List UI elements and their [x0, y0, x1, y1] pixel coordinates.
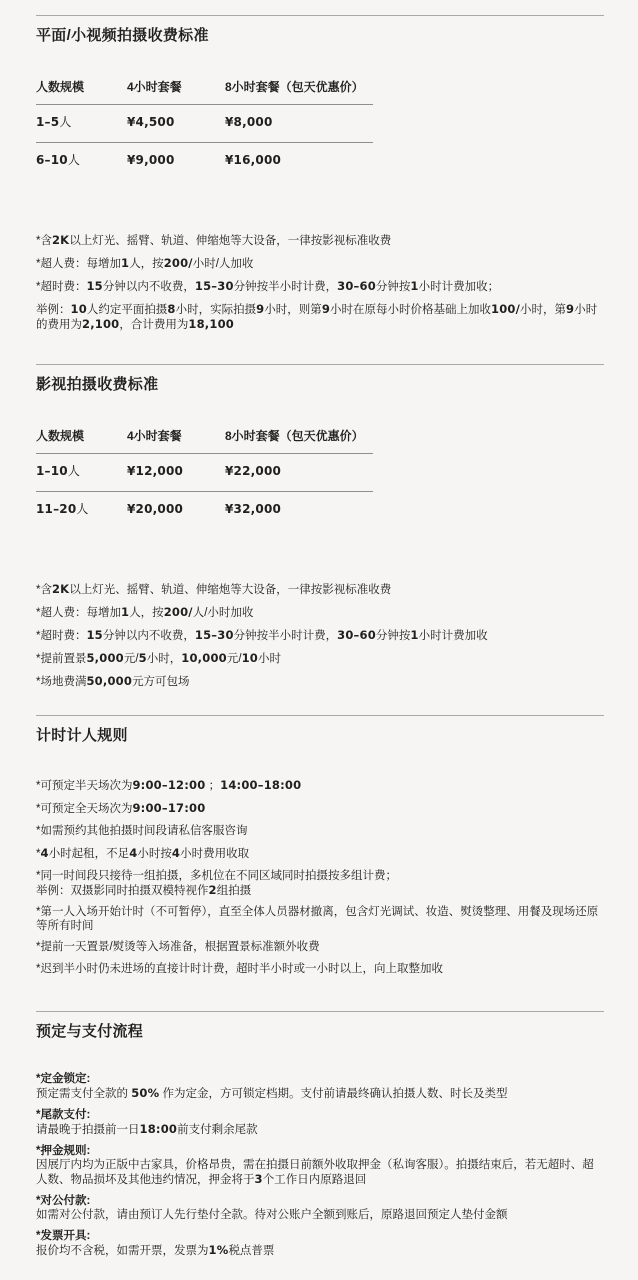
flat-video-price-table: 人数规模 4小时套餐 8小时套餐（包天优惠价） 1–5人 ¥4,500 ¥8,0… — [36, 79, 373, 176]
table-row: 1–5人 ¥4,500 ¥8,000 — [36, 105, 373, 143]
section-divider — [36, 364, 604, 365]
notes-list: *可预定半天场次为9:00–12:00 ；14:00–18:00 *可预定全天场… — [36, 778, 604, 977]
block-security-deposit: *押金规则: 因展厅内均为正版中古家具，价格昂贵，需在拍摄日前额外收取押金（私询… — [36, 1144, 604, 1187]
block-heading: *发票开具: — [36, 1229, 604, 1243]
block-deposit-lock: *定金锁定: 预定需支付全款的 50% 作为定金，方可锁定档期。支付前请最终确认… — [36, 1072, 604, 1101]
cell-price-8h: ¥16,000 — [225, 143, 373, 177]
block-heading: *押金规则: — [36, 1144, 604, 1158]
cell-people: 6–10人 — [36, 143, 127, 177]
note-overtime-fee: *超时费：15分钟以内不收费，15–30分钟按半小时计费，30–60分钟按1小时… — [36, 279, 604, 295]
note-overtime-fee: *超时费：15分钟以内不收费，15–30分钟按半小时计费，30–60分钟按1小时… — [36, 628, 604, 644]
section-film-pricing: 影视拍摄收费标准 人数规模 4小时套餐 8小时套餐（包天优惠价） 1–10人 ¥… — [36, 364, 604, 690]
cell-people: 1–5人 — [36, 105, 127, 143]
section-title: 计时计人规则 — [36, 726, 604, 746]
note-equipment: *含2K以上灯光、摇臂、轨道、伸缩炮等大设备，一律按影视标准收费 — [36, 582, 604, 598]
table-header-row: 人数规模 4小时套餐 8小时套餐（包天优惠价） — [36, 79, 373, 105]
section-flat-video-pricing: 平面/小视频拍摄收费标准 人数规模 4小时套餐 8小时套餐（包天优惠价） 1–5… — [36, 15, 604, 332]
column-header-8h: 8小时套餐（包天优惠价） — [225, 79, 373, 105]
note-full-day-slots: *可预定全天场次为9:00–17:00 — [36, 801, 604, 817]
block-body: 请最晚于拍摄前一日18:00前支付剩余尾款 — [36, 1122, 604, 1137]
note-example: 举例：10人约定平面拍摄8小时，实际拍摄9小时，则第9小时在原每小时价格基础上加… — [36, 302, 604, 332]
table-row: 6–10人 ¥9,000 ¥16,000 — [36, 143, 373, 177]
block-heading: *尾款支付: — [36, 1108, 604, 1122]
table-row: 1–10人 ¥12,000 ¥22,000 — [36, 454, 373, 492]
notes-list: *含2K以上灯光、摇臂、轨道、伸缩炮等大设备，一律按影视标准收费 *超人费：每增… — [36, 233, 604, 332]
column-header-people: 人数规模 — [36, 428, 127, 454]
note-day-before-setup: *提前一天置景/熨烫等入场准备，根据置景标准额外收费 — [36, 940, 604, 955]
cell-people: 11–20人 — [36, 492, 127, 526]
cell-price-4h: ¥20,000 — [127, 492, 225, 526]
note-equipment: *含2K以上灯光、摇臂、轨道、伸缩炮等大设备，一律按影视标准收费 — [36, 233, 604, 249]
note-timing-start: *第一人入场开始计时（不可暂停），直至全体人员器材撤离，包含灯光调试、妆造、熨烫… — [36, 905, 604, 933]
cell-price-4h: ¥4,500 — [127, 105, 225, 143]
note-half-day-slots: *可预定半天场次为9:00–12:00 ；14:00–18:00 — [36, 778, 604, 794]
section-booking-payment: 预定与支付流程 *定金锁定: 预定需支付全款的 50% 作为定金，方可锁定档期。… — [36, 1011, 604, 1258]
note-other-times: *如需预约其他拍摄时间段请私信客服咨询 — [36, 824, 604, 839]
block-invoice: *发票开具: 报价均不含税，如需开票，发票为1%税点普票 — [36, 1229, 604, 1258]
note-single-group: *同一时间段只接待一组拍摄，多机位在不同区域同时拍摄按多组计费； 举例：双摄影同… — [36, 869, 604, 898]
column-header-8h: 8小时套餐（包天优惠价） — [225, 428, 373, 454]
block-body: 报价均不含税，如需开票，发票为1%税点普票 — [36, 1243, 604, 1258]
column-header-people: 人数规模 — [36, 79, 127, 105]
section-timing-rules: 计时计人规则 *可预定半天场次为9:00–12:00 ；14:00–18:00 … — [36, 715, 604, 977]
cell-price-4h: ¥9,000 — [127, 143, 225, 177]
note-late-arrival: *迟到半小时仍未进场的直接计时计费，超时半小时或一小时以上，向上取整加收 — [36, 962, 604, 977]
table-row: 11–20人 ¥20,000 ¥32,000 — [36, 492, 373, 526]
note-full-venue: *场地费满50,000元方可包场 — [36, 674, 604, 690]
note-extra-person-fee: *超人费：每增加1人，按200/人/小时加收 — [36, 605, 604, 621]
note-extra-person-fee: *超人费：每增加1人，按200/小时/人加收 — [36, 256, 604, 272]
block-heading: *定金锁定: — [36, 1072, 604, 1086]
block-body: 如需对公付款，请由预订人先行垫付全款。待对公账户全额到账后，原路退回预定人垫付金… — [36, 1208, 604, 1222]
table-header-row: 人数规模 4小时套餐 8小时套餐（包天优惠价） — [36, 428, 373, 454]
pricing-document-page: 平面/小视频拍摄收费标准 人数规模 4小时套餐 8小时套餐（包天优惠价） 1–5… — [0, 0, 638, 1280]
note-advance-setup: *提前置景5,000元/5小时，10,000元/10小时 — [36, 651, 604, 667]
notes-list: *含2K以上灯光、摇臂、轨道、伸缩炮等大设备，一律按影视标准收费 *超人费：每增… — [36, 582, 604, 690]
cell-price-4h: ¥12,000 — [127, 454, 225, 492]
payment-blocks: *定金锁定: 预定需支付全款的 50% 作为定金，方可锁定档期。支付前请最终确认… — [36, 1072, 604, 1258]
section-title: 影视拍摄收费标准 — [36, 375, 604, 395]
note-minimum-rental: *4小时起租，不足4小时按4小时费用收取 — [36, 846, 604, 862]
block-heading: *对公付款: — [36, 1194, 604, 1208]
section-divider — [36, 15, 604, 16]
block-body: 预定需支付全款的 50% 作为定金，方可锁定档期。支付前请最终确认拍摄人数、时长… — [36, 1086, 604, 1101]
cell-people: 1–10人 — [36, 454, 127, 492]
section-title: 预定与支付流程 — [36, 1022, 604, 1042]
cell-price-8h: ¥32,000 — [225, 492, 373, 526]
column-header-4h: 4小时套餐 — [127, 79, 225, 105]
block-final-payment: *尾款支付: 请最晚于拍摄前一日18:00前支付剩余尾款 — [36, 1108, 604, 1137]
column-header-4h: 4小时套餐 — [127, 428, 225, 454]
section-title: 平面/小视频拍摄收费标准 — [36, 26, 604, 46]
cell-price-8h: ¥8,000 — [225, 105, 373, 143]
section-divider — [36, 715, 604, 716]
block-body: 因展厅内均为正版中古家具，价格昂贵，需在拍摄日前额外收取押金（私询客服）。拍摄结… — [36, 1158, 604, 1187]
cell-price-8h: ¥22,000 — [225, 454, 373, 492]
block-corporate-payment: *对公付款: 如需对公付款，请由预订人先行垫付全款。待对公账户全额到账后，原路退… — [36, 1194, 604, 1222]
film-price-table: 人数规模 4小时套餐 8小时套餐（包天优惠价） 1–10人 ¥12,000 ¥2… — [36, 428, 373, 525]
section-divider — [36, 1011, 604, 1012]
